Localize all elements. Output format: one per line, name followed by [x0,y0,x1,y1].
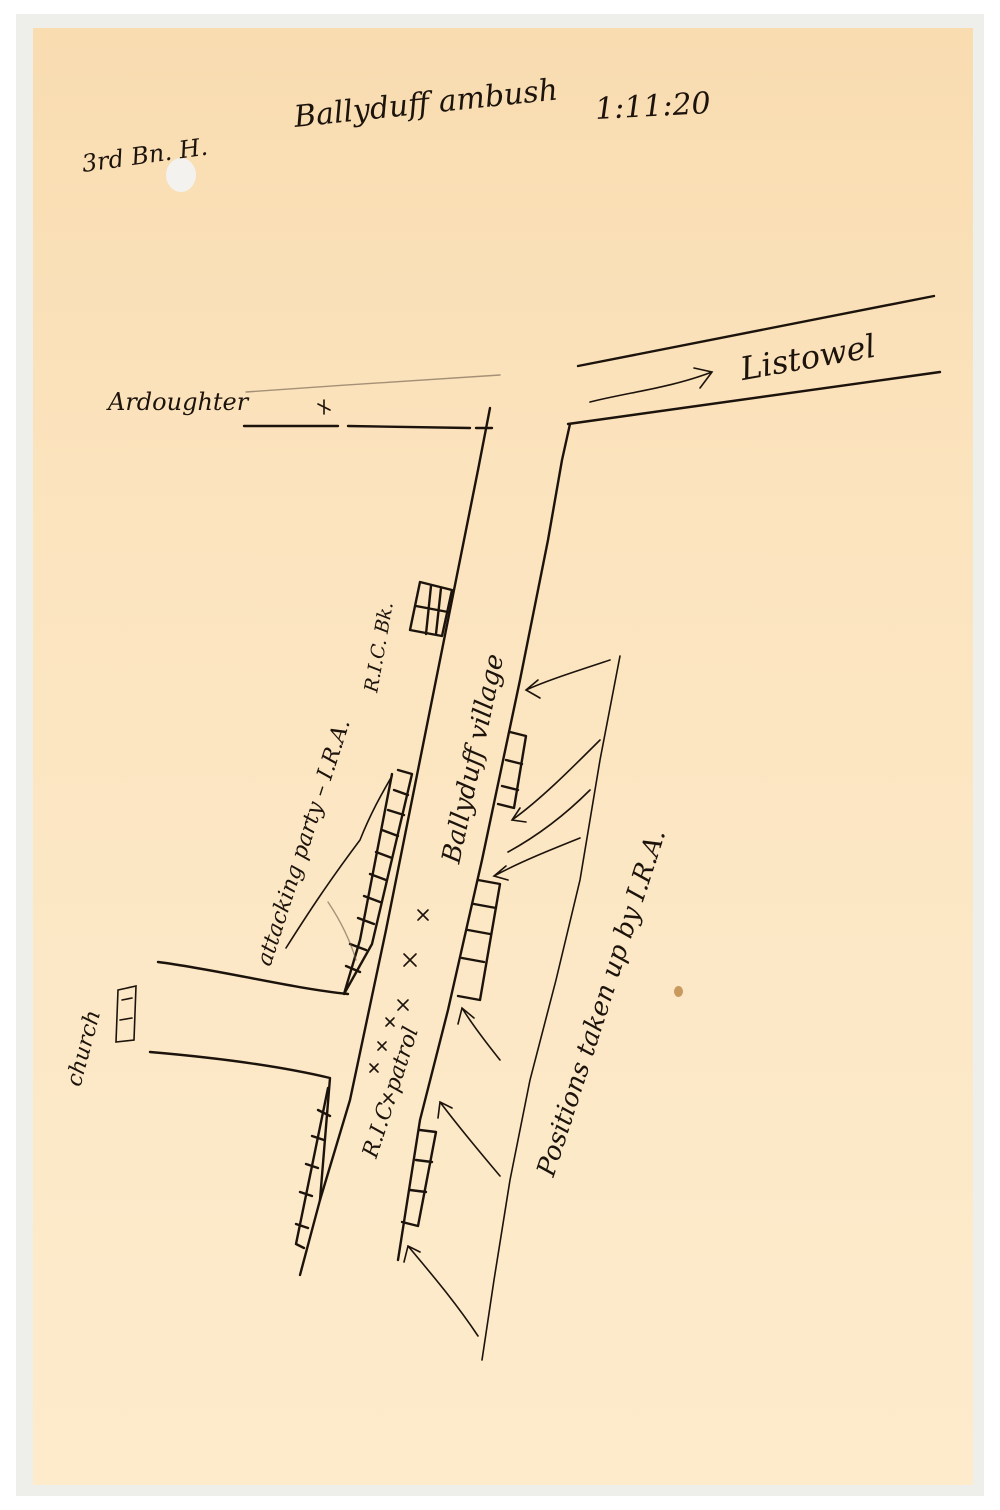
church-road-upper-edge [158,962,348,994]
attack-arrow-icon [458,1008,500,1060]
church-road-lower-edge [150,1052,330,1200]
sketch-map [0,0,1000,1510]
ardoughter-road-upper-edge [246,375,500,392]
ardoughter-road-lower-edge [244,426,492,428]
attack-arrow-icon [512,740,600,822]
attack-arrow-icon [438,1102,500,1176]
houses-west-terrace [344,770,412,994]
arrow-to-listowel-icon [590,368,712,402]
attack-arrow-icon [404,1246,478,1336]
label-ardoughter: Ardoughter [108,388,248,416]
attack-arrow-icon [526,660,610,698]
church-symbol-icon [116,986,136,1042]
houses-east-block-3 [402,1130,436,1226]
attacking-party-line-faint [328,902,356,960]
attack-arrow-icon [494,838,580,880]
header-date: 1:11:20 [594,86,711,127]
ardoughter-marker-icon [318,400,330,414]
